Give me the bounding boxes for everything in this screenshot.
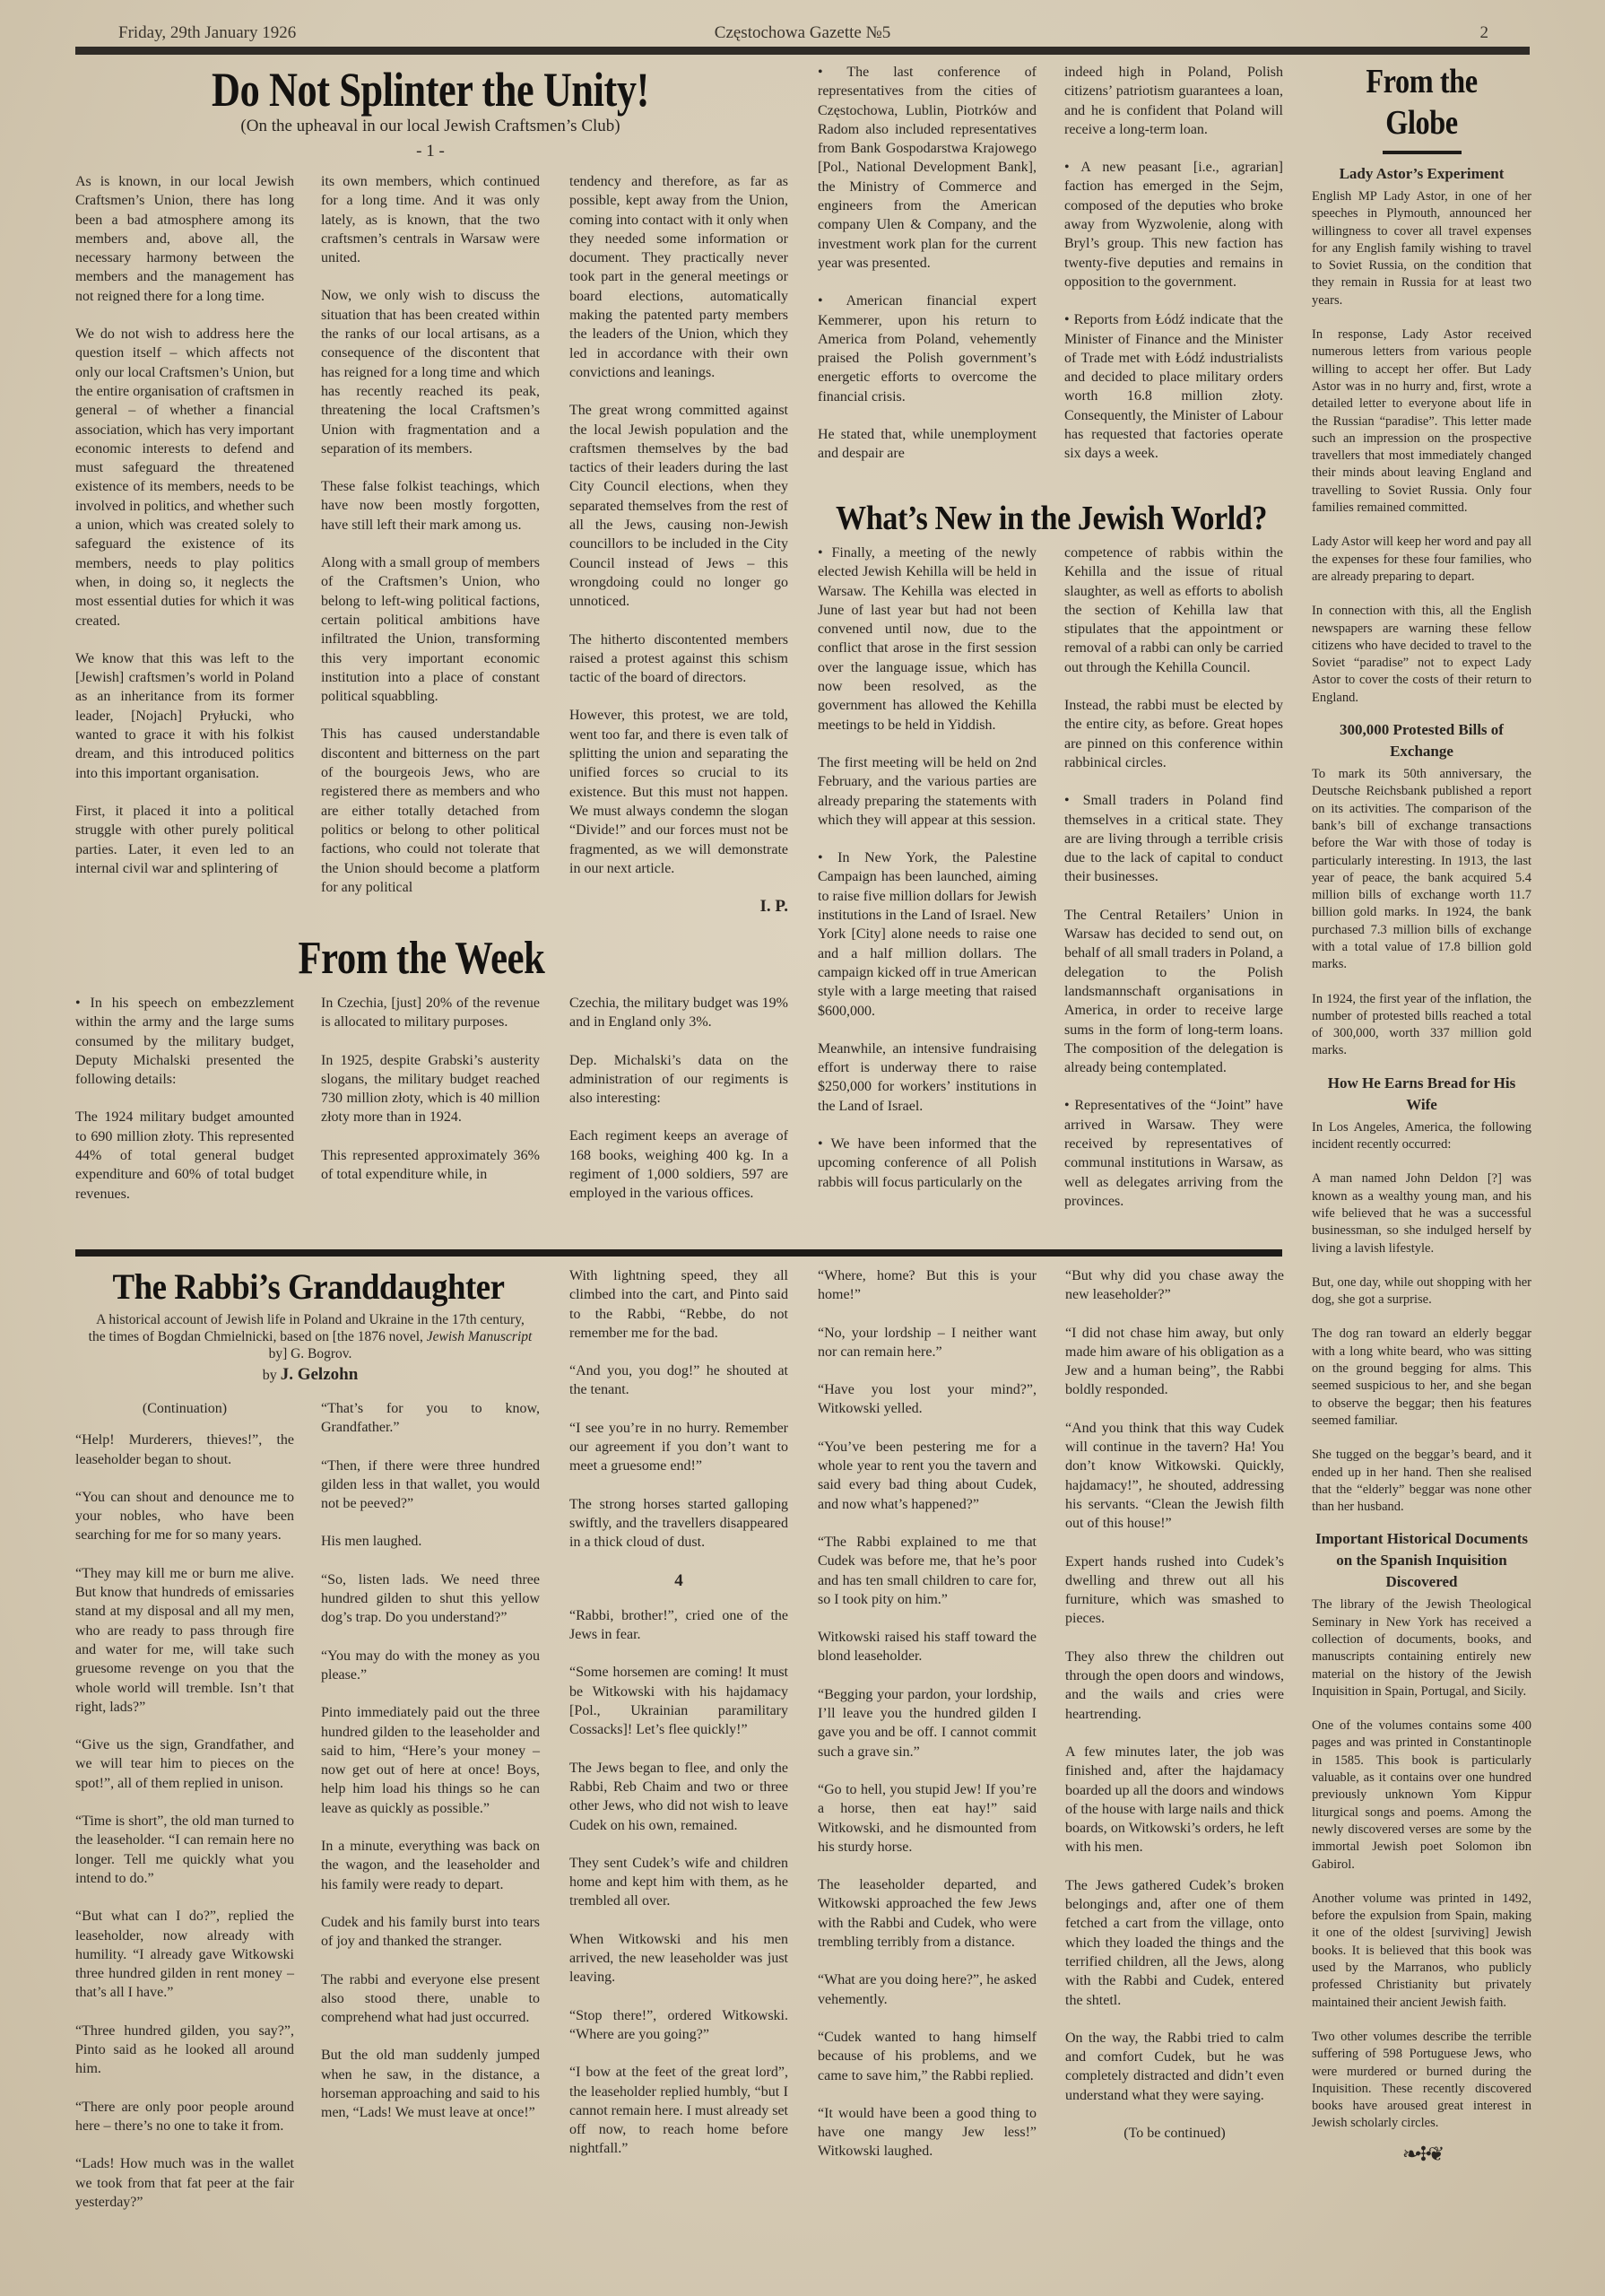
jewish-world-title: What’s New in the Jewish World? xyxy=(831,498,1271,539)
paragraph: First, it placed it into a political str… xyxy=(75,802,294,878)
paragraph: He stated that, while unemployment and d… xyxy=(818,425,1037,464)
paragraph: Each regiment keeps an average of 168 bo… xyxy=(569,1126,788,1203)
serial-description-text: by] G. Bogrov. xyxy=(269,1346,352,1361)
paragraph: “Go to hell, you stupid Jew! If you’re a… xyxy=(818,1780,1037,1857)
paragraph: “I see you’re in no hurry. Remember our … xyxy=(569,1419,788,1476)
paragraph: With lightning speed, they all climbed i… xyxy=(569,1266,788,1343)
paragraph: The leaseholder departed, and Witkowski … xyxy=(818,1875,1037,1952)
paragraph: “Some horsemen are coming! It must be Wi… xyxy=(569,1663,788,1739)
section-heading-lady-astor: Lady Astor’s Experiment xyxy=(1312,163,1531,185)
ornament-icon: ❧✣❦ xyxy=(1312,2145,1531,2162)
jewish-world-column-1: • Finally, a meeting of the newly electe… xyxy=(818,544,1037,1192)
paragraph: indeed high in Poland, Polish citizens’ … xyxy=(1064,63,1283,139)
paragraph: Two other volumes describe the terrible … xyxy=(1312,2029,1531,2133)
paragraph: In 1925, despite Grabski’s austerity slo… xyxy=(321,1051,540,1127)
paragraph: The rabbi and everyone else present also… xyxy=(321,1970,540,2028)
paragraph: They sent Cudek’s wife and children home… xyxy=(569,1854,788,1911)
paragraph: competence of rabbis within the Kehilla … xyxy=(1064,544,1283,677)
paragraph: On the way, the Rabbi tried to calm and … xyxy=(1065,2029,1284,2105)
paragraph: In 1924, the first year of the inflation… xyxy=(1312,991,1531,1060)
paragraph: “Stop there!”, ordered Witkowski. “Where… xyxy=(569,2006,788,2045)
paragraph: “Have you lost your mind?”, Witkowski ye… xyxy=(818,1380,1037,1419)
paragraph: “Lads! How much was in the wallet we too… xyxy=(75,2154,294,2212)
paragraph: “Where, home? But this is your home!” xyxy=(818,1266,1037,1305)
news-item: • Representatives of the “Joint” have ar… xyxy=(1064,1096,1283,1211)
paragraph: In Czechia, [just] 20% of the revenue is… xyxy=(321,994,540,1032)
serial-column-5: “But why did you chase away the new leas… xyxy=(1065,1266,1284,2143)
paragraph: In connection with this, all the English… xyxy=(1312,603,1531,707)
paragraph: “They may kill me or burn me alive. But … xyxy=(75,1564,294,1717)
globe-title-rule xyxy=(1383,151,1462,154)
week-column-1: • In his speech on embezzlement within t… xyxy=(75,994,294,1204)
paragraph: In a minute, everything was back on the … xyxy=(321,1837,540,1894)
globe-title: From the Globe xyxy=(1328,61,1514,143)
paragraph: We do not wish to address here the quest… xyxy=(75,325,294,631)
paragraph: Czechia, the military budget was 19% and… xyxy=(569,994,788,1032)
paragraph: Meanwhile, an intensive fundraising effo… xyxy=(818,1039,1037,1116)
paragraph: The library of the Jewish Theological Se… xyxy=(1312,1596,1531,1700)
news-item: • A new peasant [i.e., agrarian] faction… xyxy=(1064,158,1283,291)
paragraph: The great wrong committed against the lo… xyxy=(569,401,788,611)
week-column-3: Czechia, the military budget was 19% and… xyxy=(569,994,788,1204)
paragraph: “Begging your pardon, your lordship, I’l… xyxy=(818,1685,1037,1761)
paragraph: Cudek and his family burst into tears of… xyxy=(321,1913,540,1952)
paragraph: As is known, in our local Jewish Craftsm… xyxy=(75,172,294,306)
serial-column-3: With lightning speed, they all climbed i… xyxy=(569,1266,788,2159)
paragraph: A few minutes later, the job was finishe… xyxy=(1065,1743,1284,1857)
serial-byline: by J. Gelzohn xyxy=(86,1365,534,1385)
paragraph: “Three hundred gilden, you say?”, Pinto … xyxy=(75,2022,294,2079)
paragraph: A man named John Deldon [?] was known as… xyxy=(1312,1170,1531,1257)
paragraph: “That’s for you to know, Grandfather.” xyxy=(321,1399,540,1438)
news-item: • American financial expert Kemmerer, up… xyxy=(818,291,1037,406)
paragraph: However, this protest, we are told, went… xyxy=(569,706,788,878)
continuation-label: (Continuation) xyxy=(75,1399,294,1418)
paragraph: When Witkowski and his men arrived, the … xyxy=(569,1930,788,1987)
news-column-1: • The last conference of representatives… xyxy=(818,63,1037,464)
news-item: • The last conference of representatives… xyxy=(818,63,1037,273)
paragraph: • In his speech on embezzlement within t… xyxy=(75,994,294,1089)
paragraph: “Give us the sign, Grandfather, and we w… xyxy=(75,1735,294,1793)
masthead-rule xyxy=(75,47,1530,55)
paper-name: Częstochowa Gazette №5 xyxy=(117,23,1488,43)
paragraph: Dep. Michalski’s data on the administrat… xyxy=(569,1051,788,1109)
paragraph: “I did not chase him away, but only made… xyxy=(1065,1324,1284,1400)
paragraph: “What are you doing here?”, he asked veh… xyxy=(818,1970,1037,2009)
chapter-number: 4 xyxy=(569,1571,788,1590)
paragraph: Expert hands rushed into Cudek’s dwellin… xyxy=(1065,1552,1284,1629)
paragraph: “The Rabbi explained to me that Cudek wa… xyxy=(818,1533,1037,1609)
paragraph: “Time is short”, the old man turned to t… xyxy=(75,1812,294,1888)
page-number: 2 xyxy=(1480,23,1489,43)
serial-column-4: “Where, home? But this is your home!” “N… xyxy=(818,1266,1037,2161)
unity-column-2: its own members, which continued for a l… xyxy=(321,172,540,897)
unity-column-1: As is known, in our local Jewish Craftsm… xyxy=(75,172,294,878)
paragraph: Along with a small group of members of t… xyxy=(321,553,540,706)
author-name: J. Gelzohn xyxy=(281,1365,359,1384)
jewish-world-column-2: competence of rabbis within the Kehilla … xyxy=(1064,544,1283,1211)
paragraph: Instead, the rabbi must be elected by th… xyxy=(1064,696,1283,772)
paragraph: The Jews gathered Cudek’s broken belongi… xyxy=(1065,1876,1284,2010)
paragraph: “Help! Murderers, thieves!”, the leaseho… xyxy=(75,1431,294,1469)
section-heading-inquisition: Important Historical Documents on the Sp… xyxy=(1312,1528,1531,1593)
paragraph: The 1924 military budget amounted to 690… xyxy=(75,1108,294,1203)
paragraph: “Rabbi, brother!”, cried one of the Jews… xyxy=(569,1606,788,1645)
week-column-2: In Czechia, [just] 20% of the revenue is… xyxy=(321,994,540,1184)
globe-sidebar: From the Globe Lady Astor’s Experiment E… xyxy=(1312,61,1531,2162)
unity-title: Do Not Splinter the Unity! xyxy=(136,61,724,118)
paragraph: But, one day, while out shopping with he… xyxy=(1312,1274,1531,1309)
paragraph: Pinto immediately paid out the three hun… xyxy=(321,1703,540,1818)
news-item: • We have been informed that the upcomin… xyxy=(818,1135,1037,1192)
news-item: • Small traders in Poland find themselve… xyxy=(1064,791,1283,886)
section-heading-protested-bills: 300,000 Protested Bills of Exchange xyxy=(1312,719,1531,762)
paragraph: “No, your lordship – I neither want nor … xyxy=(818,1324,1037,1362)
paragraph: The first meeting will be held on 2nd Fe… xyxy=(818,753,1037,830)
to-be-continued-label: (To be continued) xyxy=(1065,2124,1284,2143)
author-signature: I. P. xyxy=(569,897,788,916)
paragraph: “And you, you dog!” he shouted at the te… xyxy=(569,1361,788,1400)
paragraph: Lady Astor will keep her word and pay al… xyxy=(1312,534,1531,586)
news-column-2: indeed high in Poland, Polish citizens’ … xyxy=(1064,63,1283,464)
paragraph: its own members, which continued for a l… xyxy=(321,172,540,267)
news-item: • Finally, a meeting of the newly electe… xyxy=(818,544,1037,735)
paragraph: They also threw the children out through… xyxy=(1065,1648,1284,1724)
byline-prefix: by xyxy=(263,1368,277,1383)
paragraph: She tugged on the beggar’s beard, and it… xyxy=(1312,1447,1531,1516)
masthead: Friday, 29th January 1926 Częstochowa Ga… xyxy=(117,20,1488,47)
news-item: • Reports from Łódź indicate that the Mi… xyxy=(1064,310,1283,463)
paragraph: These false folkist teachings, which hav… xyxy=(321,477,540,535)
paragraph: The Jews began to flee, and only the Rab… xyxy=(569,1759,788,1835)
week-title: From the Week xyxy=(201,931,642,987)
paragraph: “Cudek wanted to hang himself because of… xyxy=(818,2028,1037,2085)
paragraph: tendency and therefore, as far as possib… xyxy=(569,172,788,382)
paragraph: “You’ve been pestering me for a whole ye… xyxy=(818,1438,1037,1514)
paragraph: We know that this was left to the [Jewis… xyxy=(75,649,294,783)
paragraph: English MP Lady Astor, in one of her spe… xyxy=(1312,188,1531,309)
paragraph: But the old man suddenly jumped when he … xyxy=(321,2046,540,2122)
serial-title: The Rabbi’s Granddaughter xyxy=(94,1265,523,1309)
paragraph: “But why did you chase away the new leas… xyxy=(1065,1266,1284,1305)
paragraph: This has caused understandable disconten… xyxy=(321,725,540,897)
paragraph: “You can shout and denounce me to your n… xyxy=(75,1488,294,1545)
section-heading-earns-bread: How He Earns Bread for His Wife xyxy=(1312,1073,1531,1116)
paragraph: “So, listen lads. We need three hundred … xyxy=(321,1570,540,1628)
novel-title: Jewish Manuscript xyxy=(427,1329,533,1344)
paragraph: “But what can I do?”, replied the leaseh… xyxy=(75,1907,294,2002)
unity-subtitle: (On the upheaval in our local Jewish Cra… xyxy=(72,117,789,136)
paragraph: “You may do with the money as you please… xyxy=(321,1647,540,1685)
serial-column-2: “That’s for you to know, Grandfather.” “… xyxy=(321,1399,540,2123)
paragraph: The strong horses started galloping swif… xyxy=(569,1495,788,1552)
paragraph: To mark its 50th anniversary, the Deutsc… xyxy=(1312,766,1531,974)
paragraph: The dog ran toward an elderly beggar wit… xyxy=(1312,1326,1531,1430)
paragraph: Now, we only wish to discuss the situati… xyxy=(321,286,540,458)
paragraph: Witkowski raised his staff toward the bl… xyxy=(818,1628,1037,1666)
paragraph: “I bow at the feet of the great lord”, t… xyxy=(569,2063,788,2158)
paragraph: One of the volumes contains some 400 pag… xyxy=(1312,1718,1531,1874)
paragraph: In Los Angeles, America, the following i… xyxy=(1312,1119,1531,1154)
unity-column-3: tendency and therefore, as far as possib… xyxy=(569,172,788,916)
paragraph: This represented approximately 36% of to… xyxy=(321,1146,540,1185)
paragraph: “Then, if there were three hundred gilde… xyxy=(321,1457,540,1514)
paragraph: “And you think that this way Cudek will … xyxy=(1065,1419,1284,1534)
paragraph: The Central Retailers’ Union in Warsaw h… xyxy=(1064,906,1283,1078)
section-divider xyxy=(75,1249,1282,1257)
serial-column-1: (Continuation) “Help! Murderers, thieves… xyxy=(75,1399,294,2212)
paragraph: The hitherto discontented members raised… xyxy=(569,631,788,688)
news-item: • In New York, the Palestine Campaign ha… xyxy=(818,848,1037,1021)
unity-part-number: - 1 - xyxy=(72,142,789,161)
paragraph: Another volume was printed in 1492, befo… xyxy=(1312,1891,1531,2012)
serial-description: A historical account of Jewish life in P… xyxy=(86,1311,534,1362)
paragraph: His men laughed. xyxy=(321,1532,540,1551)
paragraph: In response, Lady Astor received numerou… xyxy=(1312,326,1531,517)
paragraph: “There are only poor people around here … xyxy=(75,2098,294,2136)
paragraph: “It would have been a good thing to have… xyxy=(818,2104,1037,2161)
